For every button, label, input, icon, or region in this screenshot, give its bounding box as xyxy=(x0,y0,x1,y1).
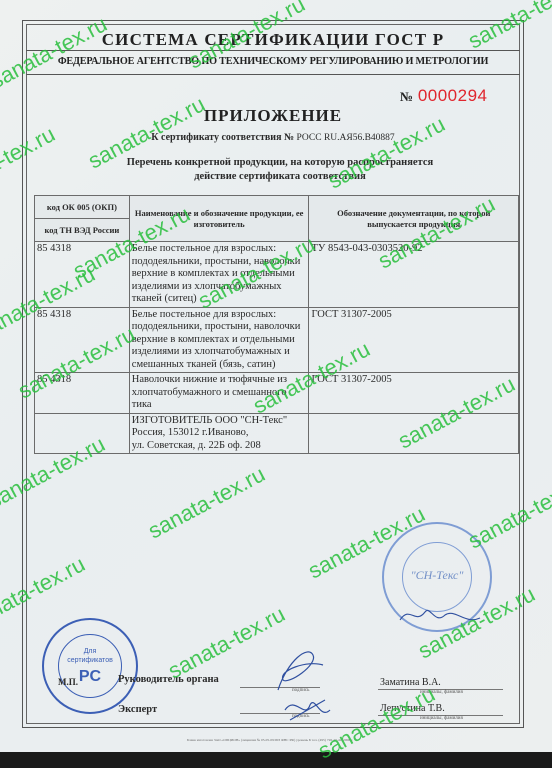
header-product-name: Наименование и обозначение продукции, ее… xyxy=(129,196,309,242)
head-name: Заматина В.А. xyxy=(380,677,441,688)
stamp-place-label: М.П. xyxy=(58,677,78,687)
header-documentation: Обозначение документации, по которой вып… xyxy=(309,196,519,242)
list-title: Перечень конкретной продукции, на котору… xyxy=(60,156,500,184)
rst-logo-icon: PC xyxy=(74,668,106,686)
name-caption: инициалы, фамилия xyxy=(420,716,463,721)
stamp-inner-ring xyxy=(58,634,122,698)
expert-name: Лепустина Т.В. xyxy=(380,703,445,714)
row-code: 85 4318 xyxy=(35,307,130,373)
certification-stamp: Для сертификатов PC xyxy=(42,618,138,714)
form-number: № 0000294 xyxy=(400,86,488,106)
row-product: Белье постельное для взрослых: пододеяль… xyxy=(129,307,309,373)
stamp-label-top: Для xyxy=(44,648,136,655)
scan-edge xyxy=(0,752,552,768)
row-doc: ГОСТ 31307-2005 xyxy=(309,373,519,414)
stamp-label-bottom: сертификатов xyxy=(44,657,136,664)
row-product: Наволочки нижние и тюфячные из хлопчатоб… xyxy=(129,373,309,414)
products-table: код ОК 005 (ОКП) Наименование и обозначе… xyxy=(34,195,519,454)
cert-label: К сертификату соответствия № xyxy=(151,132,294,143)
divider xyxy=(26,50,520,51)
certificate-reference: К сертификату соответствия № РОСС RU.АЯ5… xyxy=(26,132,520,143)
table-row: 85 4318 Наволочки нижние и тюфячные из х… xyxy=(35,373,519,414)
table-row: 85 4318 Белье постельное для взрослых: п… xyxy=(35,242,519,308)
manufacturer-name: ИЗГОТОВИТЕЛЬ ООО "СН-Текс" xyxy=(132,415,307,428)
header-tnved: код ТН ВЭД России xyxy=(35,219,130,242)
list-title-line1: Перечень конкретной продукции, на котору… xyxy=(60,156,500,170)
manufacturer-city: Россия, 153012 г.Иваново, xyxy=(132,427,307,440)
manufacturer-row: ИЗГОТОВИТЕЛЬ ООО "СН-Текс" Россия, 15301… xyxy=(35,413,519,454)
manufacturer-info: ИЗГОТОВИТЕЛЬ ООО "СН-Текс" Россия, 15301… xyxy=(129,413,309,454)
cert-number: РОСС RU.АЯ56.В40887 xyxy=(297,133,395,143)
agency-title: ФЕДЕРАЛЬНОЕ АГЕНТСТВО ПО ТЕХНИЧЕСКОМУ РЕ… xyxy=(26,56,520,67)
manufacturer-address: ул. Советская, д. 22Б оф. 208 xyxy=(132,440,307,453)
divider xyxy=(26,74,520,75)
system-title: СИСТЕМА СЕРТИФИКАЦИИ ГОСТ Р xyxy=(26,30,520,50)
row-product: Белье постельное для взрослых: пододеяль… xyxy=(129,242,309,308)
empty-cell xyxy=(309,413,519,454)
empty-cell xyxy=(35,413,130,454)
row-doc: ТУ 8543-043-0303520-92 xyxy=(309,242,519,308)
appendix-title: ПРИЛОЖЕНИЕ xyxy=(26,106,520,126)
table-row: 85 4318 Белье постельное для взрослых: п… xyxy=(35,307,519,373)
form-number-value: 0000294 xyxy=(418,86,488,105)
row-code: 85 4318 xyxy=(35,242,130,308)
row-code: 85 4318 xyxy=(35,373,130,414)
header-okp: код ОК 005 (ОКП) xyxy=(35,196,130,219)
number-sign: № xyxy=(400,89,413,104)
expert-label: Эксперт xyxy=(118,704,157,715)
list-title-line2: действие сертификата соответствия xyxy=(60,170,500,184)
footer-print-info: Бланк изготовлен ЗАО «ОПЦИОН» (лицензия … xyxy=(150,738,390,742)
name-caption: инициалы, фамилия xyxy=(420,690,463,695)
company-signature-icon xyxy=(395,600,485,630)
head-label: Руководитель органа xyxy=(118,674,219,685)
expert-signature-icon xyxy=(280,690,340,730)
row-doc: ГОСТ 31307-2005 xyxy=(309,307,519,373)
stamp-company-name: "СН-Текс" xyxy=(384,568,490,583)
